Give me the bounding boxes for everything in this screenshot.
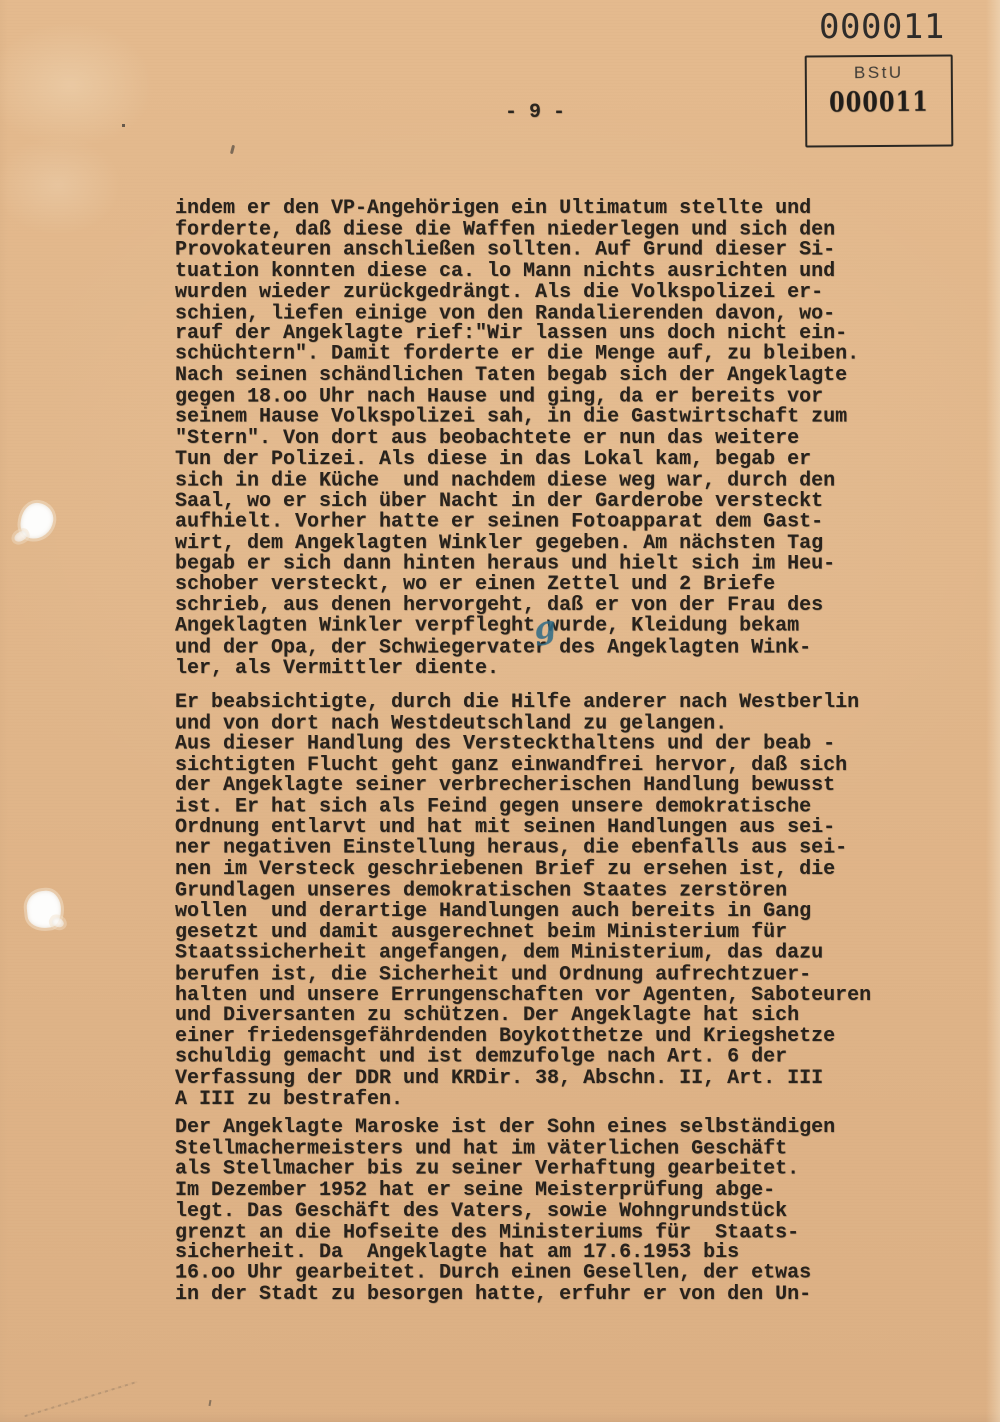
page-number: - 9 -	[505, 101, 565, 124]
text-line: Er beabsichtigte, durch die Hilfe andere…	[175, 693, 925, 714]
page-serial-number: 000011	[819, 7, 945, 47]
text-line: schüchtern". Damit forderte er die Menge…	[175, 345, 925, 366]
text-line: 16.oo Uhr gearbeitet. Durch einen Gesell…	[175, 1264, 925, 1285]
text-line: als Stellmacher bis zu seiner Verhaftung…	[175, 1159, 925, 1180]
text-line: grenzt an die Hofseite des Ministeriums …	[175, 1223, 925, 1244]
text-line: nen im Versteck geschriebenen Brief zu e…	[175, 860, 925, 881]
text-line: schien, liefen einige von den Randaliere…	[175, 304, 925, 325]
text-line: sich in die Küche und nachdem diese weg …	[175, 471, 925, 492]
text-line: ist. Er hat sich als Feind gegen unsere …	[175, 798, 925, 819]
text-line: Nach seinen schändlichen Taten begab sic…	[175, 366, 925, 387]
text-line: der Angeklagte seiner verbrecherischen H…	[175, 776, 925, 797]
stamp-number: 000011	[820, 87, 938, 119]
text-line: wurden wieder zurückgedrängt. Als die Vo…	[175, 283, 925, 304]
ink-speck	[122, 124, 125, 127]
pencil-scribble	[24, 1381, 137, 1417]
text-line: begab er sich dann hinten heraus und hie…	[175, 555, 925, 576]
stamp-org-label: BStU	[807, 62, 951, 83]
text-line: "Stern". Von dort aus beobachtete er nun…	[175, 429, 925, 450]
text-line: wirt, dem Angeklagten Winkler gegeben. A…	[175, 534, 925, 555]
text-line: aufhielt. Vorher hatte er seinen Fotoapp…	[175, 512, 925, 533]
document-page: 000011 BStU 000011 - 9 - indem er den VP…	[0, 0, 1000, 1422]
text-line: Aus dieser Handlung des Versteckthaltens…	[175, 734, 925, 755]
paragraph: Der Angeklagte Maroske ist der Sohn eine…	[175, 1118, 925, 1306]
text-line: Grundlagen unseres demokratischen Staate…	[175, 881, 925, 902]
text-line: ler, als Vermittler diente.	[175, 659, 925, 680]
text-line: in der Stadt zu besorgen hatte, erfuhr e…	[175, 1285, 925, 1306]
text-line: ner negativen Einstellung heraus, die eb…	[175, 839, 925, 860]
text-line: Verfassung der DDR und KRDir. 38, Abschn…	[175, 1069, 925, 1090]
paragraph: indem er den VP-Angehörigen ein Ultimatu…	[175, 199, 925, 366]
text-line: Im Dezember 1952 hat er seine Meisterprü…	[175, 1181, 925, 1202]
text-line: Der Angeklagte Maroske ist der Sohn eine…	[175, 1118, 925, 1139]
text-line: Tun der Polizei. Als diese in das Lokal …	[175, 450, 925, 471]
text-line: Staatssicherheit angefangen, dem Ministe…	[175, 943, 925, 964]
ink-speck	[208, 1400, 211, 1406]
paper-hole-fragment	[51, 916, 66, 930]
ink-speck	[230, 145, 235, 154]
text-line: A III zu bestrafen.	[175, 1090, 925, 1111]
text-line: indem er den VP-Angehörigen ein Ultimatu…	[175, 199, 925, 220]
text-line: wollen und derartige Handlungen auch ber…	[175, 902, 925, 923]
text-line: schuldig gemacht und ist demzufolge nach…	[175, 1048, 925, 1069]
typed-text-block: indem er den VP-Angehörigen ein Ultimatu…	[175, 199, 925, 1306]
text-line: tuation konnten diese ca. lo Mann nichts…	[175, 262, 925, 283]
text-line: seinem Hause Volkspolizei sah, in die Ga…	[175, 408, 925, 429]
paragraph: Er beabsichtigte, durch die Hilfe andere…	[175, 693, 925, 1111]
text-line: legt. Das Geschäft des Vaters, sowie Woh…	[175, 1202, 925, 1223]
bstu-stamp: BStU 000011	[805, 54, 954, 147]
text-line: Provokateuren anschließen sollten. Auf G…	[175, 241, 925, 262]
text-line: berufen ist, die Sicherheit und Ordnung …	[175, 965, 925, 986]
